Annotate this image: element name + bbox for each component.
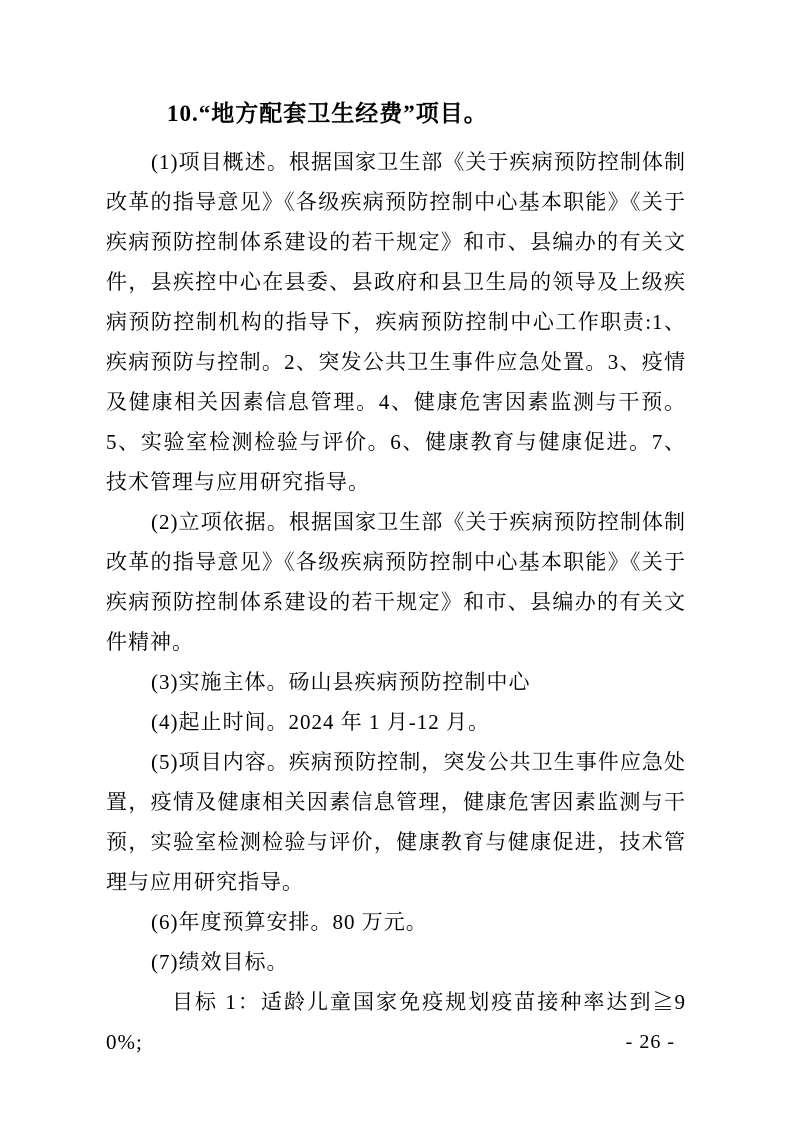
paragraph-project-content: (5)项目内容。疾病预防控制，突发公共卫生事件应急处置，疫情及健康相关因素信息管… xyxy=(106,742,686,902)
document-page: 10.“地方配套卫生经费”项目。 (1)项目概述。根据国家卫生部《关于疾病预防控… xyxy=(0,0,793,1122)
goal-line-1: 目标 1：适龄儿童国家免疫规划疫苗接种率达到≧90%; xyxy=(106,982,686,1062)
paragraph-project-basis: (2)立项依据。根据国家卫生部《关于疾病预防控制体制改革的指导意见》《各级疾病预… xyxy=(106,502,686,662)
page-number: - 26 - xyxy=(626,1028,675,1056)
paragraph-project-overview: (1)项目概述。根据国家卫生部《关于疾病预防控制体制改革的指导意见》《各级疾病预… xyxy=(106,142,686,502)
document-content: 10.“地方配套卫生经费”项目。 (1)项目概述。根据国家卫生部《关于疾病预防控… xyxy=(106,92,686,1062)
paragraph-implementing-body: (3)实施主体。砀山县疾病预防控制中心 xyxy=(106,662,686,702)
paragraph-time-period: (4)起止时间。2024 年 1 月-12 月。 xyxy=(106,702,686,742)
section-title: 10.“地方配套卫生经费”项目。 xyxy=(106,92,686,136)
paragraph-annual-budget: (6)年度预算安排。80 万元。 xyxy=(106,902,686,942)
paragraph-performance-goals: (7)绩效目标。 xyxy=(106,942,686,982)
